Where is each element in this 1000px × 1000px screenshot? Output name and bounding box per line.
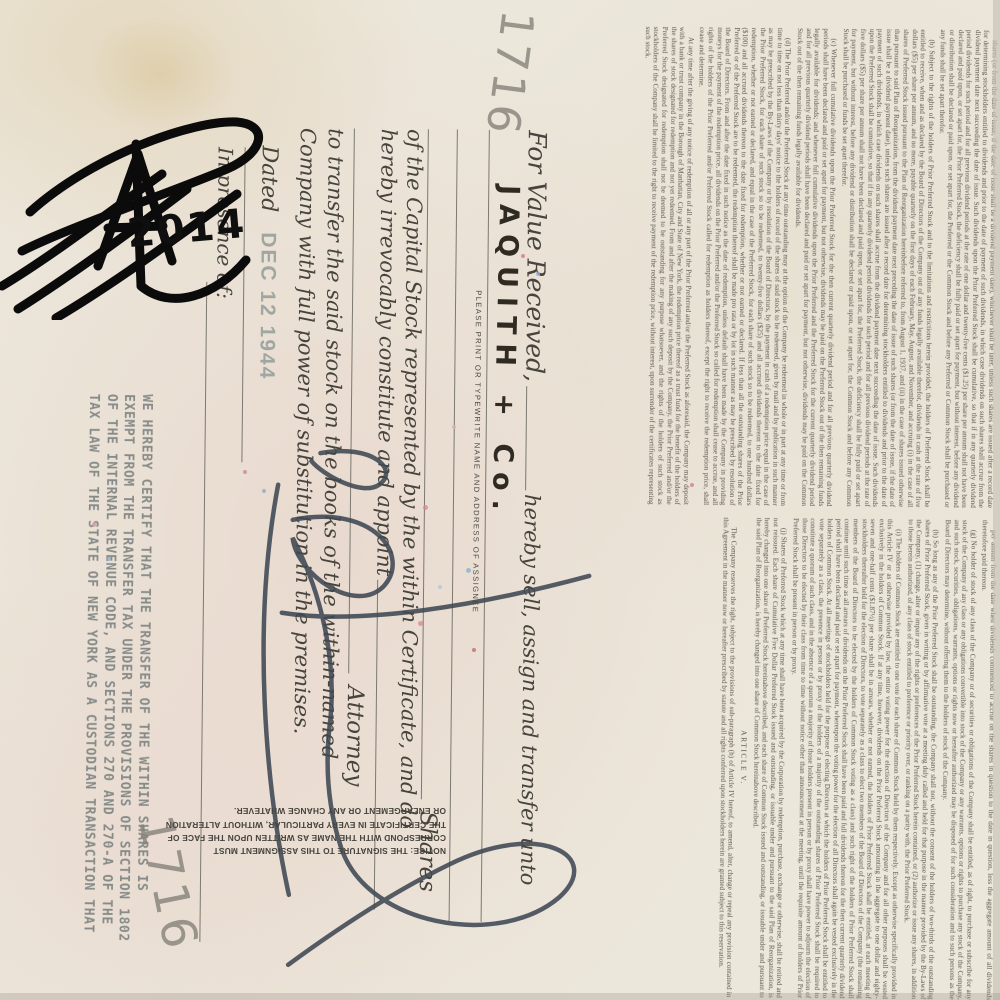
ink-speckle bbox=[521, 254, 525, 258]
ink-speckle bbox=[243, 470, 247, 474]
ink-signature bbox=[190, 422, 626, 1000]
ink-speckle bbox=[690, 483, 694, 487]
ink-speckle bbox=[107, 557, 111, 561]
ink-speckle bbox=[423, 505, 428, 510]
text-line: OR ENLARGEMENT OR ANY CHANGE WHATEVER. bbox=[150, 804, 446, 817]
signature-notice: NOTICE: THE SIGNATURE TO THIS ASSIGNMENT… bbox=[150, 804, 446, 857]
text-line: (c) Whenever full cumulative dividends u… bbox=[790, 28, 838, 506]
ink-speckle bbox=[438, 585, 442, 589]
text-line: (d) The Prior Preferred and/or the Prefe… bbox=[693, 27, 793, 506]
ink-speckle bbox=[536, 272, 540, 276]
ink-speckle bbox=[262, 489, 266, 493]
text-line: shares (or from the date of issue, if th… bbox=[934, 30, 999, 509]
text-line: (i) The holders of Common Stock are enti… bbox=[786, 518, 903, 999]
text-line: (h) So long as any of the Prior Preferre… bbox=[901, 519, 940, 999]
text-line: (j) Shares of Preferred Stock which at a… bbox=[749, 518, 788, 998]
text-line: (b) Subject to the rights of the holders… bbox=[836, 29, 936, 508]
scan-edge-bottom bbox=[0, 993, 1000, 1000]
text-line: The Company reserves the right, subject … bbox=[716, 517, 738, 997]
scan-edge-right bbox=[993, 0, 1000, 1000]
text-line: NOTICE: THE SIGNATURE TO THIS ASSIGNMENT… bbox=[150, 844, 446, 857]
legal-paragraphs: per annum from the date when dividends c… bbox=[749, 518, 998, 1000]
ink-speckle bbox=[472, 648, 476, 652]
legal-reservation-paragraph: The Company reserves the right, subject … bbox=[716, 517, 738, 997]
ink-speckle bbox=[466, 568, 471, 573]
stock-certificate-back-scan: shares (or from the date of issue, if th… bbox=[0, 0, 1000, 1000]
ink-speckle bbox=[452, 425, 456, 429]
ink-speckle bbox=[418, 621, 423, 626]
text-line: THE CERTIFICATE IN EVERY PARTICULAR, WIT… bbox=[150, 817, 446, 830]
article-v-heading: ARTICLE V. bbox=[736, 518, 750, 998]
pencil-number-top: 1716 bbox=[475, 7, 544, 139]
marker-autograph bbox=[0, 60, 285, 320]
legal-text-column-right: per annum from the date when dividends c… bbox=[661, 517, 998, 1000]
text-line: At any time after the giving of any noti… bbox=[638, 26, 695, 505]
ink-speckle bbox=[92, 522, 97, 527]
text-line: CORRESPOND WITH THE NAME AS WRITTEN UPON… bbox=[150, 830, 446, 843]
text-line: (g) No holder of stock of any class of t… bbox=[938, 520, 977, 1000]
